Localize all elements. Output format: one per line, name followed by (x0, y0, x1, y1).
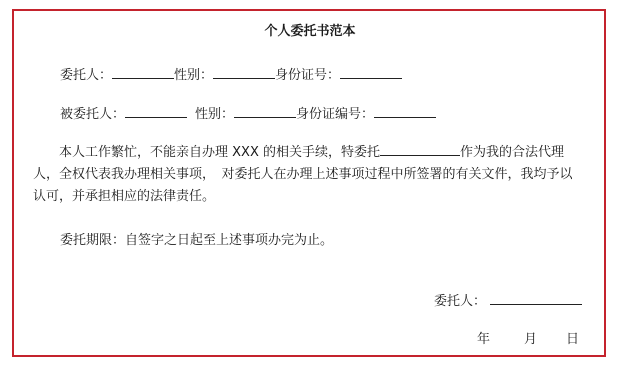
principal-id-blank[interactable] (340, 66, 402, 79)
principal-id-label: 身份证号： (275, 68, 340, 83)
document-title: 个人委托书范本 (0, 20, 620, 39)
principal-row: 委托人：性别：身份证号： (60, 64, 402, 83)
date-row: 年月日 (477, 328, 579, 347)
agent-id-blank[interactable] (374, 105, 436, 118)
day-label: 日 (566, 332, 579, 347)
year-label: 年 (477, 332, 490, 347)
agent-row: 被委托人：性别：身份证编号： (60, 103, 436, 122)
agent-id-label: 身份证编号： (296, 107, 374, 122)
signature-blank[interactable] (490, 292, 582, 305)
body-paragraph: 本人工作繁忙，不能亲自办理 XXX 的相关手续，特委托作为我的合法代理人，全权代… (33, 142, 581, 208)
principal-gender-label: 性别： (174, 68, 213, 83)
delegate-blank[interactable] (380, 143, 460, 156)
principal-gender-blank[interactable] (213, 66, 275, 79)
agent-gender-label: 性别： (195, 107, 234, 122)
agent-name-blank[interactable] (125, 105, 187, 118)
month-label: 月 (524, 332, 537, 347)
agent-gender-blank[interactable] (234, 105, 296, 118)
agent-label: 被委托人： (60, 107, 125, 122)
principal-name-blank[interactable] (112, 66, 174, 79)
signature-label: 委托人： (434, 294, 486, 309)
principal-label: 委托人： (60, 68, 112, 83)
term-line: 委托期限：自签字之日起至上述事项办完为止。 (60, 229, 333, 248)
signature-row: 委托人： (434, 290, 582, 309)
body-text-part1: 本人工作繁忙，不能亲自办理 XXX 的相关手续，特委托 (59, 145, 380, 160)
